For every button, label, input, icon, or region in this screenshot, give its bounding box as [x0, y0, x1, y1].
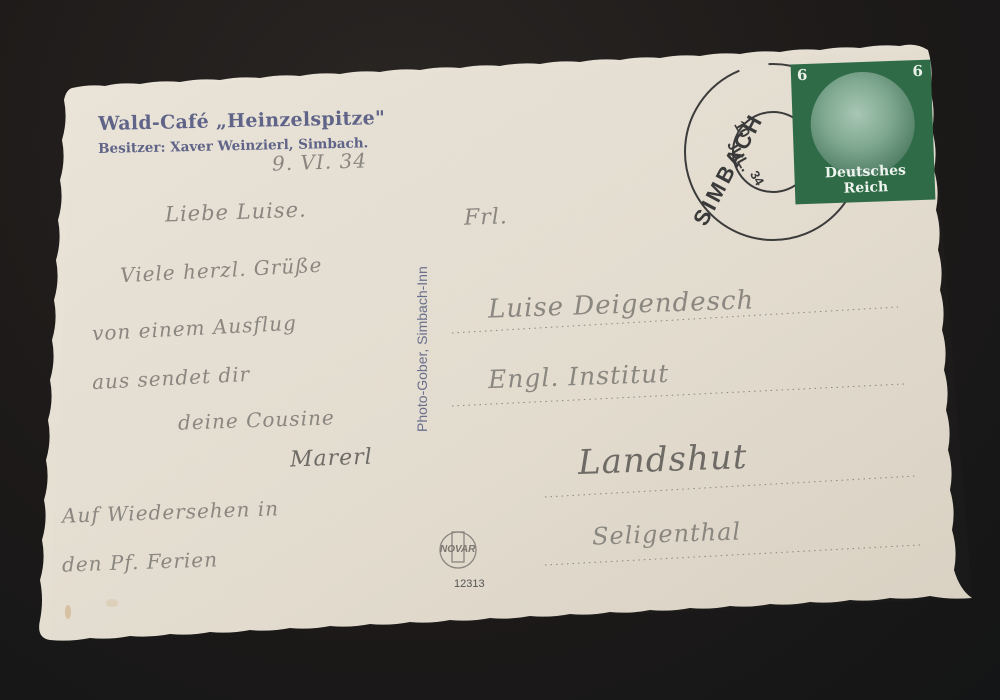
stain	[65, 605, 71, 619]
postage-stamp: 6 6 Deutsches Reich	[791, 60, 936, 205]
address-line4: Seligenthal	[592, 517, 742, 550]
stamp-denomination-left: 6	[797, 66, 808, 84]
handwritten-date: 9. VI. 34	[272, 148, 368, 175]
publisher-logo-text: NOVAR	[440, 544, 475, 555]
message-salutation: Liebe Luise.	[165, 198, 307, 227]
stamp-denomination-right: 6	[912, 62, 923, 80]
card-number: 12313	[454, 578, 485, 590]
address-city: Landshut	[577, 437, 748, 483]
postcard-scene: Wald-Café „Heinzelspitze" Besitzer: Xave…	[0, 0, 1000, 700]
stamp-country: Deutsches Reich	[802, 162, 929, 198]
message-signature: Marerl	[290, 445, 374, 473]
publisher-imprint: Photo-Gober, Simbach-Inn	[414, 266, 430, 432]
address-title: Frl.	[464, 204, 509, 231]
